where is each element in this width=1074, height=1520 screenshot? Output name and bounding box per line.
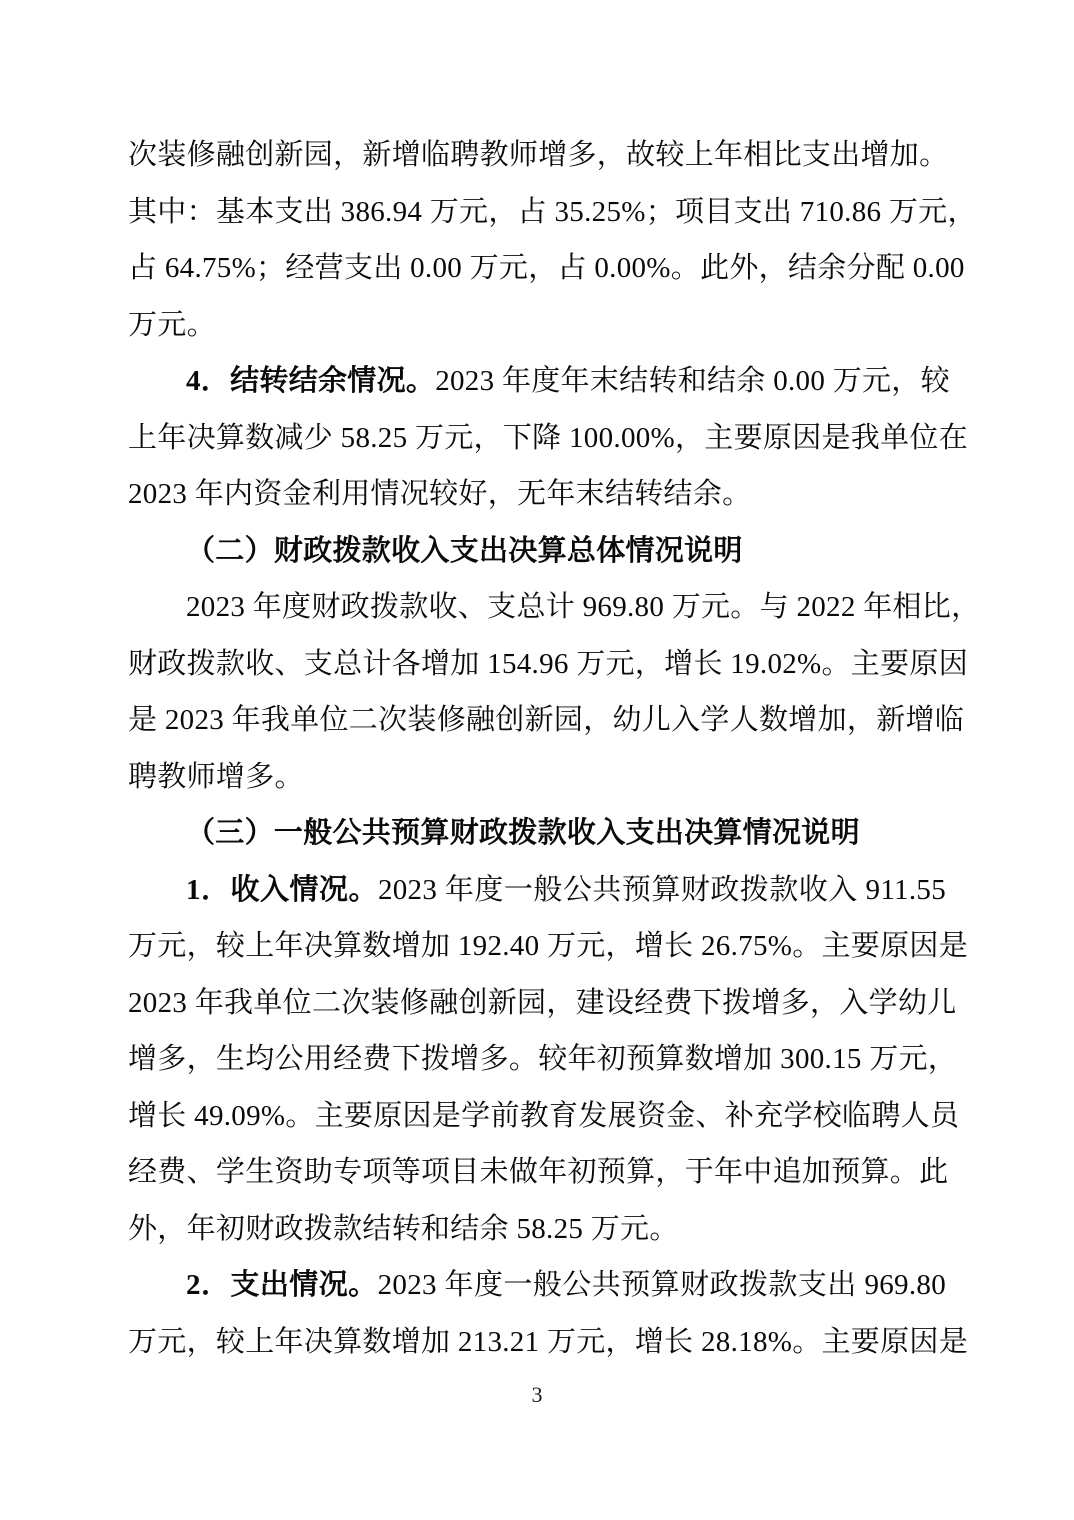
heading-text: 1．收入情况。 [186, 874, 378, 906]
text-line-8: （二）财政拨款收入支出决算总体情况说明 [128, 523, 946, 580]
body-text: 万元。 [128, 309, 216, 341]
body-text: 增长 49.09%。主要原因是学前教育发展资金、补充学校临聘人员 [128, 1100, 959, 1132]
text-line-17: 增多，生均公用经费下拨增多。较年初预算数增加 300.15 万元， [128, 1031, 946, 1088]
text-line-7: 2023 年内资金利用情况较好，无年末结转结余。 [128, 466, 946, 523]
text-line-13: （三）一般公共预算财政拨款收入支出决算情况说明 [128, 805, 946, 862]
body-text: 上年决算数减少 58.25 万元，下降 100.00%，主要原因是我单位在 [128, 422, 968, 454]
body-text: 增多，生均公用经费下拨增多。较年初预算数增加 300.15 万元， [128, 1043, 957, 1075]
body-text: 财政拨款收、支总计各增加 154.96 万元，增长 19.02%。主要原因 [128, 648, 968, 680]
document-page: 次装修融创新园，新增临聘教师增多，故较上年相比支出增加。其中：基本支出 386.… [0, 0, 1074, 1520]
body-text: 2023 年度财政拨款收、支总计 969.80 万元。与 2022 年相比， [186, 591, 980, 623]
heading-text: （二）财政拨款收入支出决算总体情况说明 [186, 535, 743, 567]
body-text: 聘教师增多。 [128, 761, 304, 793]
body-text: 2023 年度一般公共预算财政拨款支出 969.80 [378, 1269, 946, 1301]
body-text: 2023 年度一般公共预算财政拨款收入 911.55 [378, 874, 946, 906]
text-line-19: 经费、学生资助专项等项目未做年初预算，于年中追加预算。此 [128, 1144, 946, 1201]
text-line-6: 上年决算数减少 58.25 万元，下降 100.00%，主要原因是我单位在 [128, 410, 946, 467]
body-text: 是 2023 年我单位二次装修融创新园，幼儿入学人数增加，新增临 [128, 704, 964, 736]
text-line-10: 财政拨款收、支总计各增加 154.96 万元，增长 19.02%。主要原因 [128, 636, 946, 693]
heading-text: 4．结转结余情况。 [186, 365, 435, 397]
body-text: 外，年初财政拨款结转和结余 58.25 万元。 [128, 1213, 679, 1245]
heading-text: （三）一般公共预算财政拨款收入支出决算情况说明 [186, 817, 860, 849]
text-line-14: 1．收入情况。2023 年度一般公共预算财政拨款收入 911.55 [128, 862, 946, 919]
text-line-12: 聘教师增多。 [128, 749, 946, 806]
text-line-9: 2023 年度财政拨款收、支总计 969.80 万元。与 2022 年相比， [128, 579, 946, 636]
heading-text: 2．支出情况。 [186, 1269, 378, 1301]
body-text: 2023 年我单位二次装修融创新园，建设经费下拨增多，入学幼儿 [128, 987, 957, 1019]
body-text: 2023 年度年末结转和结余 0.00 万元，较 [435, 365, 950, 397]
text-line-2: 其中：基本支出 386.94 万元，占 35.25%；项目支出 710.86 万… [128, 184, 946, 241]
body-text: 万元，较上年决算数增加 192.40 万元，增长 26.75%。主要原因是 [128, 930, 968, 962]
text-line-15: 万元，较上年决算数增加 192.40 万元，增长 26.75%。主要原因是 [128, 918, 946, 975]
body-text: 经费、学生资助专项等项目未做年初预算，于年中追加预算。此 [128, 1156, 948, 1188]
text-line-4: 万元。 [128, 297, 946, 354]
body-text: 占 64.75%；经营支出 0.00 万元，占 0.00%。此外，结余分配 0.… [128, 252, 965, 284]
page-number: 3 [0, 1380, 1074, 1410]
text-line-1: 次装修融创新园，新增临聘教师增多，故较上年相比支出增加。 [128, 127, 946, 184]
text-line-20: 外，年初财政拨款结转和结余 58.25 万元。 [128, 1201, 946, 1258]
body-text: 万元，较上年决算数增加 213.21 万元，增长 28.18%。主要原因是 [128, 1326, 968, 1358]
text-line-5: 4．结转结余情况。2023 年度年末结转和结余 0.00 万元，较 [128, 353, 946, 410]
body-text: 其中：基本支出 386.94 万元，占 35.25%；项目支出 710.86 万… [128, 196, 977, 228]
text-line-3: 占 64.75%；经营支出 0.00 万元，占 0.00%。此外，结余分配 0.… [128, 240, 946, 297]
body-text: 2023 年内资金利用情况较好，无年末结转结余。 [128, 478, 751, 510]
body-text: 次装修融创新园，新增临聘教师增多，故较上年相比支出增加。 [128, 139, 948, 171]
text-line-18: 增长 49.09%。主要原因是学前教育发展资金、补充学校临聘人员 [128, 1088, 946, 1145]
text-line-22: 万元，较上年决算数增加 213.21 万元，增长 28.18%。主要原因是 [128, 1314, 946, 1371]
text-line-21: 2．支出情况。2023 年度一般公共预算财政拨款支出 969.80 [128, 1257, 946, 1314]
text-line-16: 2023 年我单位二次装修融创新园，建设经费下拨增多，入学幼儿 [128, 975, 946, 1032]
document-body: 次装修融创新园，新增临聘教师增多，故较上年相比支出增加。其中：基本支出 386.… [128, 127, 946, 1370]
text-line-11: 是 2023 年我单位二次装修融创新园，幼儿入学人数增加，新增临 [128, 692, 946, 749]
